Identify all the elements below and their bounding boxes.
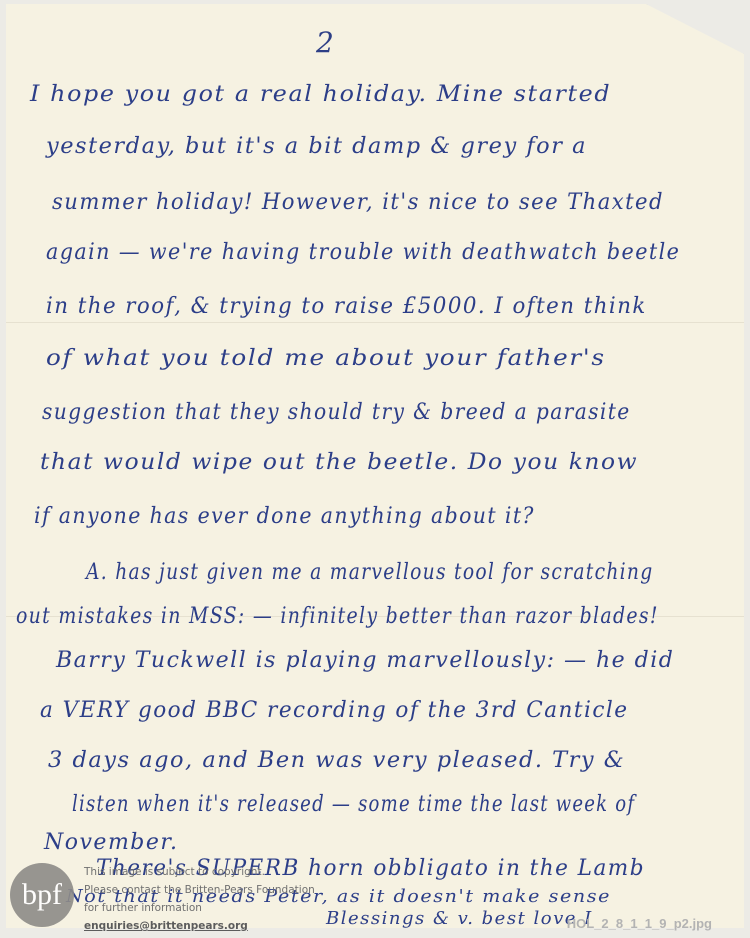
paper-fold: [6, 322, 744, 323]
handwritten-line: yesterday, but it's a bit damp & grey fo…: [46, 134, 587, 159]
handwritten-line: summer holiday! However, it's nice to se…: [52, 190, 664, 215]
handwritten-line: November.: [44, 830, 179, 855]
handwritten-line: again — we're having trouble with deathw…: [46, 240, 680, 265]
handwritten-line: a VERY good BBC recording of the 3rd Can…: [40, 698, 629, 723]
handwritten-line: listen when it's released — some time th…: [72, 792, 635, 817]
contact-email-link[interactable]: enquiries@brittenpears.org: [84, 917, 315, 935]
handwritten-line: out mistakes in MSS: — infinitely better…: [16, 604, 659, 629]
contact-line: Please contact the Britten-Pears Foundat…: [84, 881, 315, 899]
handwritten-line: of what you told me about your father's: [46, 346, 606, 371]
copyright-watermark: bpf This image is subject to copyright. …: [0, 855, 750, 938]
handwritten-line: that would wipe out the beetle. Do you k…: [40, 450, 638, 475]
image-filename: HOL_2_8_1_1_9_p2.jpg: [567, 916, 712, 931]
handwritten-line: suggestion that they should try & breed …: [42, 400, 631, 425]
letter-page: 2 I hope you got a real holiday. Mine st…: [6, 4, 744, 928]
page-number: 2: [316, 26, 334, 59]
handwritten-line: in the roof, & trying to raise £5000. I …: [46, 294, 647, 319]
info-line: for further information: [84, 899, 315, 917]
handwritten-line: 3 days ago, and Ben was very pleased. Tr…: [48, 748, 625, 773]
handwritten-line: Barry Tuckwell is playing marvellously: …: [56, 648, 674, 673]
handwritten-line: A. has just given me a marvellous tool f…: [86, 560, 653, 585]
bpf-logo: bpf: [10, 863, 74, 927]
copyright-line: This image is subject to copyright.: [84, 863, 315, 881]
copyright-notice: This image is subject to copyright. Plea…: [84, 863, 315, 935]
handwritten-line: I hope you got a real holiday. Mine star…: [30, 82, 611, 107]
handwritten-line: if anyone has ever done anything about i…: [34, 504, 535, 529]
